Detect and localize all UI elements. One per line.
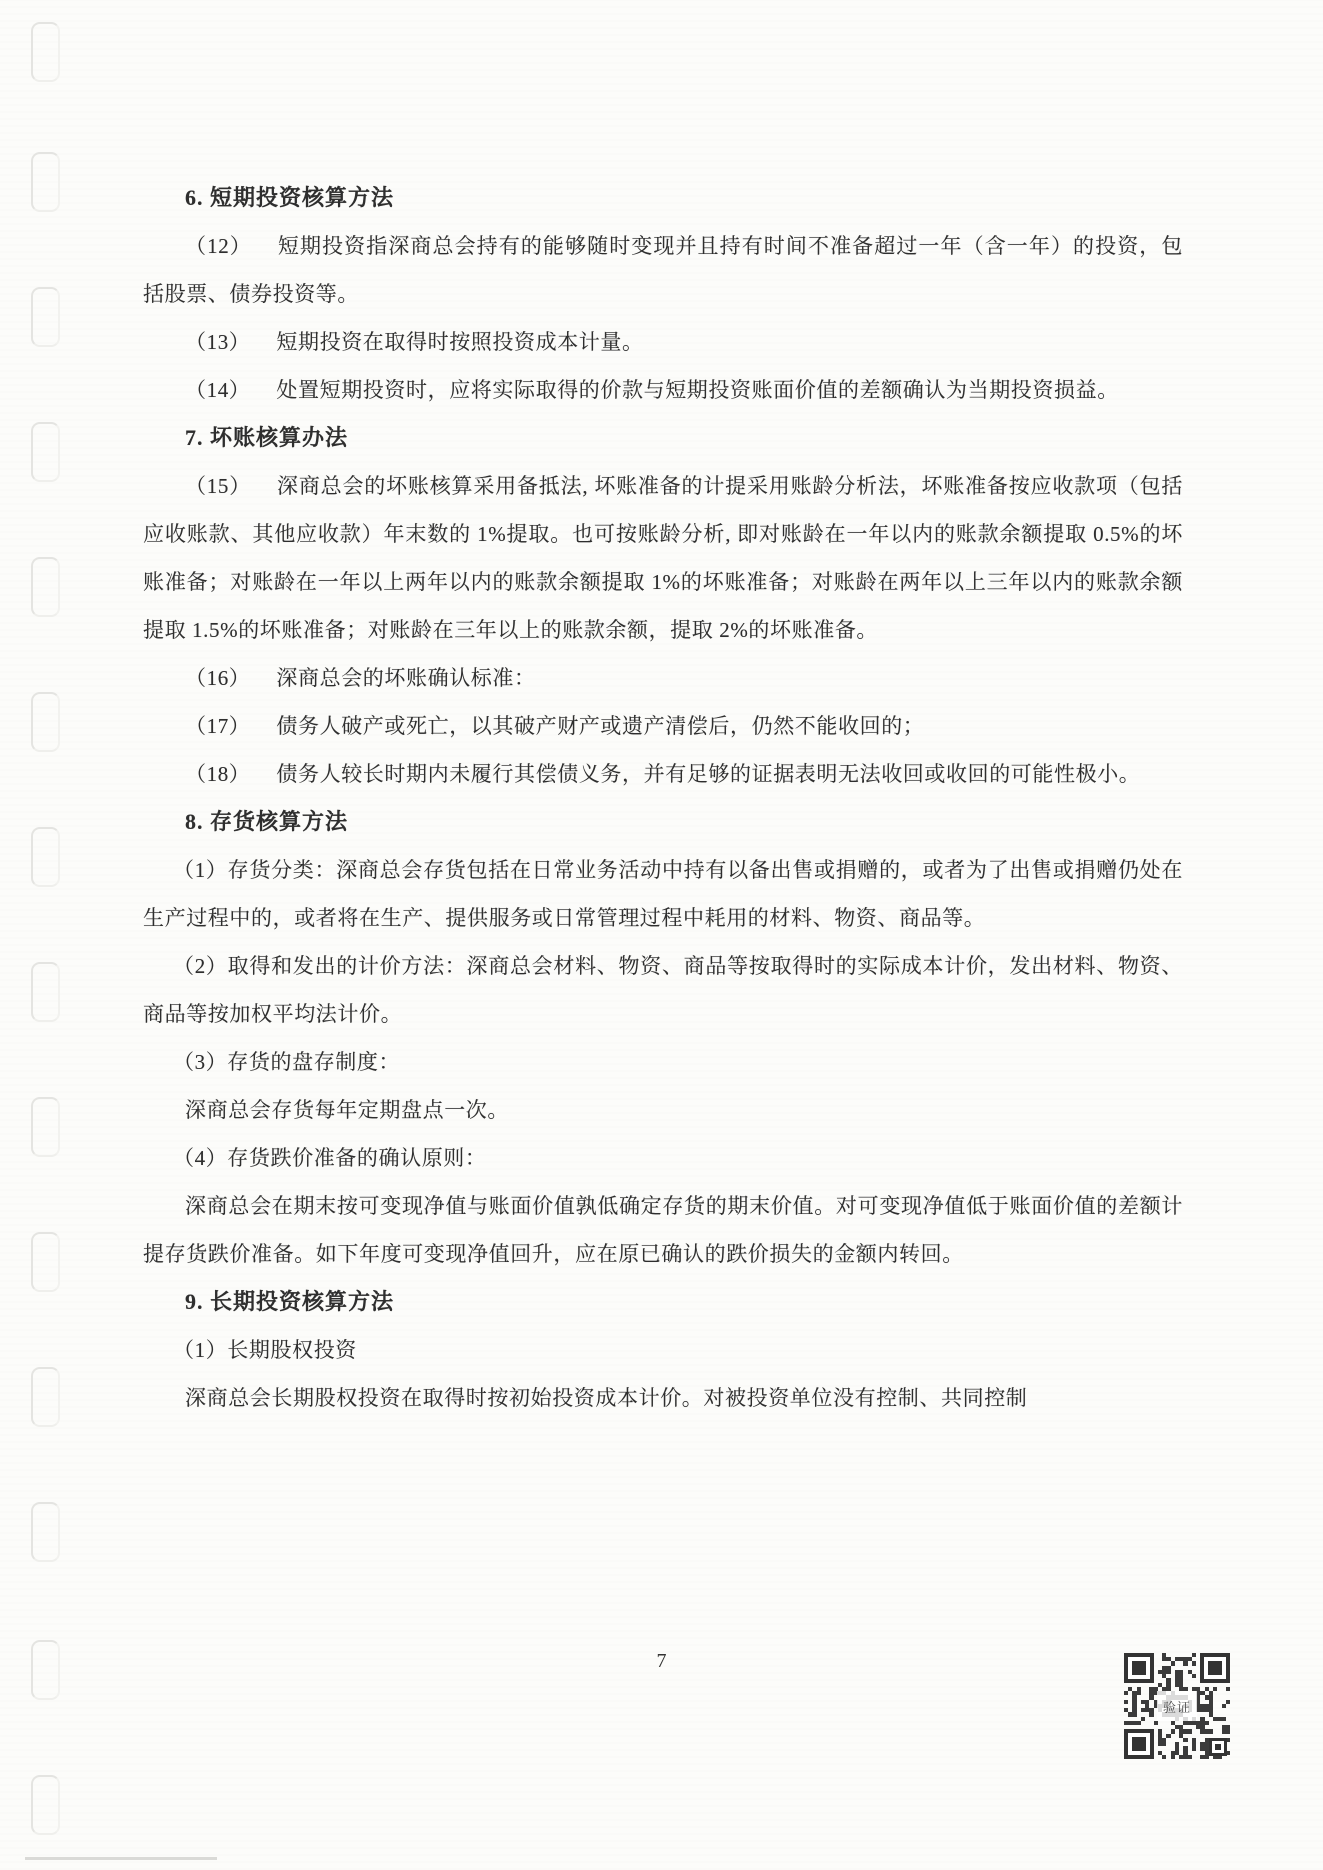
- section-9-heading: 9. 长期投资核算方法: [143, 1278, 1183, 1326]
- binding-mark: [31, 557, 60, 617]
- binding-mark: [31, 287, 60, 347]
- clause-17: （17）债务人破产或死亡，以其破产财产或遗产清偿后，仍然不能收回的；: [143, 702, 1183, 750]
- clause-17-number: （17）: [185, 714, 250, 738]
- binding-mark: [31, 827, 60, 887]
- clause-13-text: 短期投资在取得时按照投资成本计量。: [276, 330, 643, 354]
- clause-16-text: 深商总会的坏账确认标准：: [276, 666, 535, 690]
- clause-17-text: 债务人破产或死亡，以其破产财产或遗产清偿后，仍然不能收回的；: [276, 714, 924, 738]
- binding-mark: [31, 1232, 60, 1292]
- binding-mark: [31, 1775, 60, 1835]
- inventory-count-system-text: 深商总会存货每年定期盘点一次。: [143, 1086, 1183, 1134]
- binding-mark: [31, 1097, 60, 1157]
- inventory-valuation-paragraph: （2）取得和发出的计价方法：深商总会材料、物资、商品等按取得时的实际成本计价，发…: [143, 942, 1183, 1038]
- clause-18-number: （18）: [185, 762, 250, 786]
- clause-12: （12）短期投资指深商总会持有的能够随时变现并且持有时间不准备超过一年（含一年）…: [143, 222, 1183, 318]
- long-term-equity-label: （1）长期股权投资: [143, 1326, 1183, 1374]
- qr-center-label: 验证: [1157, 1691, 1197, 1721]
- section-8-heading: 8. 存货核算方法: [143, 798, 1183, 846]
- clause-12-number: （12）: [185, 234, 252, 258]
- clause-15-number: （15）: [185, 474, 251, 498]
- clause-13-number: （13）: [185, 330, 250, 354]
- clause-13: （13）短期投资在取得时按照投资成本计量。: [143, 318, 1183, 366]
- binding-mark: [31, 22, 60, 82]
- binding-mark: [31, 692, 60, 752]
- qr-finder-bottom-left: [1124, 1729, 1154, 1759]
- scan-edge-artifact: [25, 1857, 217, 1860]
- binding-mark: [31, 1502, 60, 1562]
- inventory-classification-paragraph: （1）存货分类：深商总会存货包括在日常业务活动中持有以备出售或捐赠的，或者为了出…: [143, 846, 1183, 942]
- clause-15: （15）深商总会的坏账核算采用备抵法, 坏账准备的计提采用账龄分析法，坏账准备按…: [143, 462, 1183, 654]
- binding-mark: [31, 962, 60, 1022]
- clause-18-text: 债务人较长时期内未履行其偿债义务，并有足够的证据表明无法收回或收回的可能性极小。: [276, 762, 1140, 786]
- clause-16: （16）深商总会的坏账确认标准：: [143, 654, 1183, 702]
- qr-finder-top-left: [1124, 1653, 1154, 1683]
- section-6-heading: 6. 短期投资核算方法: [143, 174, 1183, 222]
- clause-12-text: 短期投资指深商总会持有的能够随时变现并且持有时间不准备超过一年（含一年）的投资，…: [143, 234, 1183, 306]
- section-7-heading: 7. 坏账核算办法: [143, 414, 1183, 462]
- clause-14-number: （14）: [185, 378, 250, 402]
- clause-18: （18）债务人较长时期内未履行其偿债义务，并有足够的证据表明无法收回或收回的可能…: [143, 750, 1183, 798]
- clause-16-number: （16）: [185, 666, 250, 690]
- inventory-count-system-label: （3）存货的盘存制度：: [143, 1038, 1183, 1086]
- qr-code: 验证: [1124, 1653, 1230, 1759]
- inventory-writedown-text: 深商总会在期末按可变现净值与账面价值孰低确定存货的期末价值。对可变现净值低于账面…: [143, 1182, 1183, 1278]
- binding-mark: [31, 422, 60, 482]
- binding-mark: [31, 152, 60, 212]
- inventory-writedown-label: （4）存货跌价准备的确认原则：: [143, 1134, 1183, 1182]
- scanned-document-page: 6. 短期投资核算方法 （12）短期投资指深商总会持有的能够随时变现并且持有时间…: [0, 0, 1323, 1870]
- document-body: 6. 短期投资核算方法 （12）短期投资指深商总会持有的能够随时变现并且持有时间…: [143, 174, 1183, 1422]
- clause-15-text: 深商总会的坏账核算采用备抵法, 坏账准备的计提采用账龄分析法，坏账准备按应收款项…: [143, 474, 1183, 642]
- qr-alignment-pattern: [1209, 1738, 1227, 1756]
- long-term-equity-text: 深商总会长期股权投资在取得时按初始投资成本计价。对被投资单位没有控制、共同控制: [143, 1374, 1183, 1422]
- qr-finder-top-right: [1200, 1653, 1230, 1683]
- clause-14-text: 处置短期投资时，应将实际取得的价款与短期投资账面价值的差额确认为当期投资损益。: [276, 378, 1118, 402]
- clause-14: （14）处置短期投资时，应将实际取得的价款与短期投资账面价值的差额确认为当期投资…: [143, 366, 1183, 414]
- binding-mark: [31, 1367, 60, 1427]
